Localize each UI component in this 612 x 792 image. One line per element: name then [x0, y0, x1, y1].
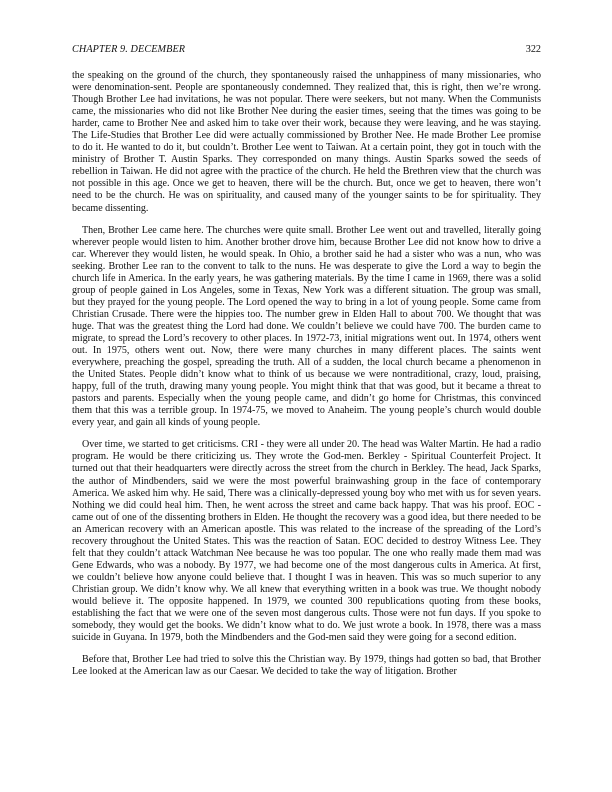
running-header: CHAPTER 9. DECEMBER 322	[72, 44, 541, 58]
chapter-title: CHAPTER 9. DECEMBER	[72, 44, 185, 55]
paragraph-1: the speaking on the ground of the church…	[72, 70, 541, 215]
page-number: 322	[526, 44, 541, 55]
paragraph-2: Then, Brother Lee came here. The churche…	[72, 225, 541, 430]
paragraph-4: Before that, Brother Lee had tried to so…	[72, 654, 541, 678]
paragraph-3: Over time, we started to get criticisms.…	[72, 439, 541, 644]
document-page: CHAPTER 9. DECEMBER 322 the speaking on …	[72, 44, 541, 688]
